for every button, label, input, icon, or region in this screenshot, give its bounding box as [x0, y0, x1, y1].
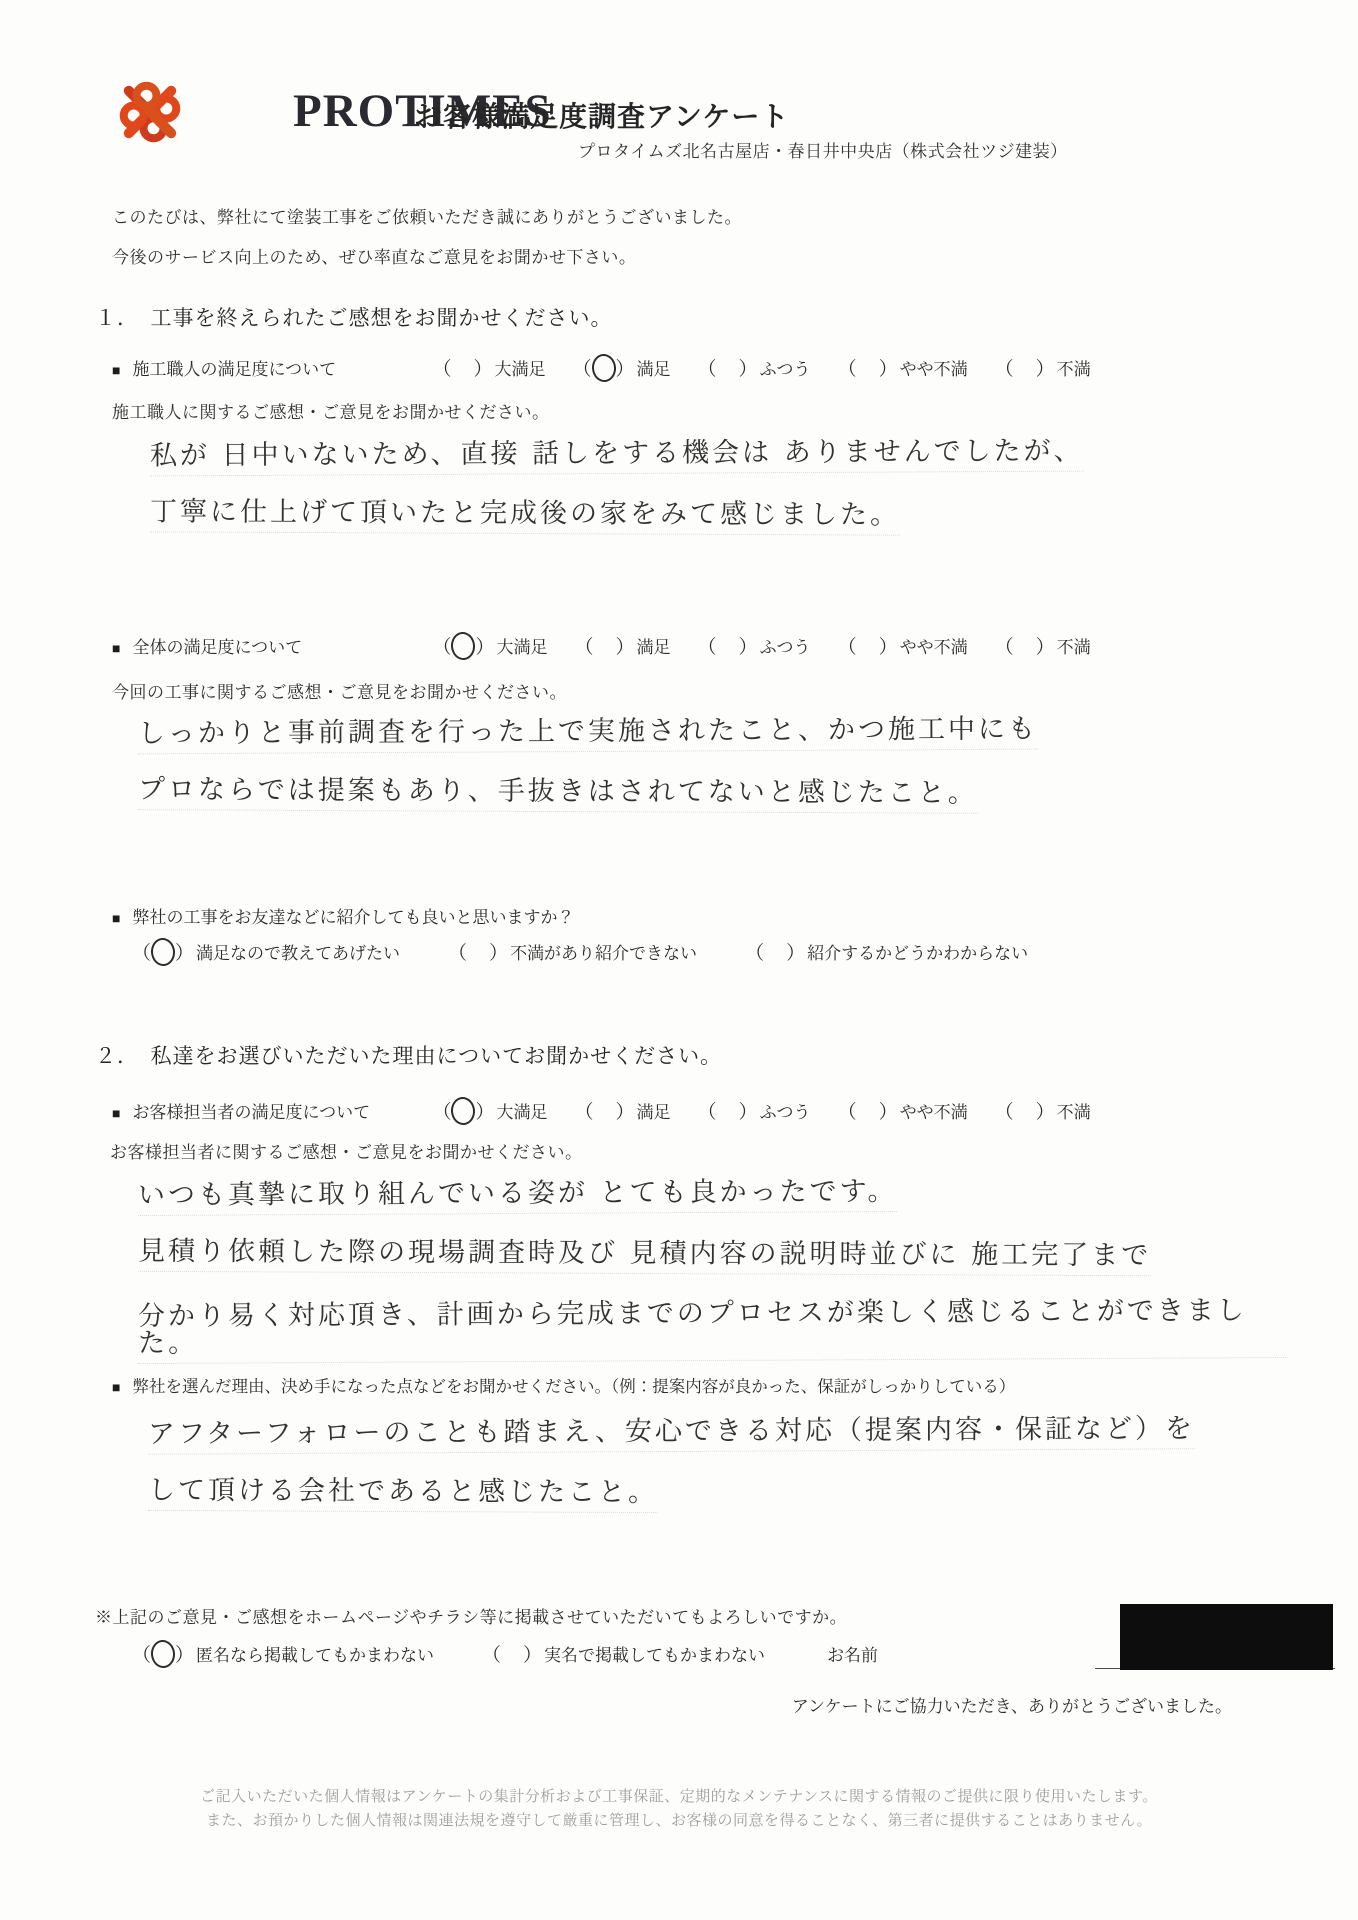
option-label: 満足	[637, 1103, 671, 1122]
close-paren: ）	[786, 943, 805, 964]
survey-option: （）大満足	[432, 354, 545, 382]
empty-answer-space	[764, 941, 786, 959]
close-paren: ）	[489, 943, 508, 964]
q1-rating-row: ■ 施工職人の満足度について （）大満足（）満足（）ふつう（）やや不満（）不満	[112, 354, 1091, 382]
close-paren: ）	[473, 359, 492, 380]
option-label: 大満足	[495, 360, 546, 379]
page-title: お客様満足度調査アンケート	[414, 95, 789, 135]
intro-line-2: 今後のサービス向上のため、ぜひ率直なご意見をお聞かせ下さい。	[112, 243, 636, 268]
close-paren: ）	[616, 359, 635, 380]
handwritten-answer-line: 私が 日中いないため、直接 話しをする機会は ありませんでしたが、	[150, 438, 1084, 477]
open-paren: （	[995, 637, 1014, 658]
open-paren: （	[573, 359, 592, 380]
close-paren: ）	[739, 1102, 758, 1123]
option-label: 不満	[1057, 638, 1091, 657]
option-label: 実名で掲載してもかまわない	[544, 1646, 765, 1665]
store-subtitle: プロタイムズ北名古屋店・春日井中央店（株式会社ツジ建装）	[578, 137, 1068, 162]
option-label: 不満	[1057, 1103, 1091, 1122]
section-1-heading: １． 工事を終えられたご感想をお聞かせください。	[95, 302, 613, 332]
survey-option: （）やや不満	[838, 632, 968, 660]
open-paren: （	[482, 1645, 501, 1666]
empty-answer-space	[857, 357, 879, 375]
q2-options: （）大満足（）満足（）ふつう（）やや不満（）不満	[432, 632, 1090, 660]
q4-options: （）大満足（）満足（）ふつう（）やや不満（）不満	[432, 1097, 1090, 1125]
close-paren: ）	[1036, 637, 1055, 658]
q4-prompt: お客様担当者に関するご感想・ご意見をお聞かせください。	[110, 1138, 583, 1163]
empty-answer-space	[467, 941, 489, 959]
survey-option: （）ふつう	[698, 1097, 811, 1125]
survey-option: （）満足	[575, 632, 671, 660]
open-paren: （	[995, 359, 1014, 380]
open-paren: （	[132, 943, 151, 964]
square-bullet-icon: ■	[112, 910, 120, 926]
close-paren: ）	[523, 1645, 542, 1666]
empty-answer-space	[594, 635, 616, 653]
q5-label: 弊社を選んだ理由、決め手になった点などをお聞かせください。（例：提案内容が良かっ…	[132, 1373, 1015, 1397]
survey-option: （）匿名なら掲載してもかまわない	[132, 1640, 434, 1668]
square-bullet-icon: ■	[112, 640, 120, 656]
option-label: 匿名なら掲載してもかまわない	[196, 1646, 434, 1665]
option-label: ふつう	[760, 638, 811, 657]
q2-handwritten-answer: しっかりと事前調査を行った上で実施されたこと、かつ施工中にもプロならでは提案もあ…	[138, 718, 1038, 838]
close-paren: ）	[175, 1645, 194, 1666]
empty-answer-space	[451, 357, 473, 375]
handwritten-answer-line: 丁寧に仕上げて頂いたと完成後の家をみて感じました。	[150, 498, 900, 535]
option-label: 紹介するかどうかわからない	[807, 944, 1028, 963]
option-label: 大満足	[497, 1103, 548, 1122]
empty-answer-space	[594, 1100, 616, 1118]
square-bullet-icon: ■	[112, 362, 120, 378]
open-paren: （	[838, 359, 857, 380]
q1-label: 施工職人の満足度について	[132, 355, 432, 380]
empty-answer-space	[1014, 635, 1036, 653]
open-paren: （	[698, 637, 717, 658]
close-paren: ）	[475, 637, 494, 658]
survey-option: （）ふつう	[698, 354, 811, 382]
survey-option: （）満足なので教えてあげたい	[132, 938, 400, 966]
brand-logo	[96, 62, 204, 167]
empty-answer-space	[857, 1100, 879, 1118]
open-paren: （	[698, 359, 717, 380]
option-label: 不満	[1057, 360, 1091, 379]
square-bullet-icon: ■	[112, 1105, 120, 1121]
survey-option: （）やや不満	[838, 354, 968, 382]
q3-label: 弊社の工事をお友達などに紹介しても良いと思いますか？	[132, 903, 574, 928]
handwritten-answer-line: して頂ける会社であると感じたこと。	[148, 1477, 658, 1513]
survey-option: （）大満足	[432, 632, 547, 660]
handwritten-answer-line: 分かり易く対応頂き、計画から完成までのプロセスが楽しく感じることができました。	[138, 1297, 1288, 1364]
scanned-survey-document: PROTIMES お客様満足度調査アンケート プロタイムズ北名古屋店・春日井中央…	[0, 0, 1358, 1920]
square-bullet-icon: ■	[112, 1379, 120, 1395]
survey-option: （）紹介するかどうかわからない	[745, 938, 1028, 966]
privacy-note-line-1: ご記入いただいた個人情報はアンケートの集計分析および工事保証、定期的なメンテナン…	[0, 1785, 1358, 1806]
close-paren: ）	[175, 943, 194, 964]
option-label: 大満足	[497, 638, 548, 657]
q3-options-row: （）満足なので教えてあげたい（）不満があり紹介できない（）紹介するかどうかわから…	[132, 938, 1028, 966]
option-label: ふつう	[760, 360, 811, 379]
close-paren: ）	[475, 1102, 494, 1123]
handwritten-circle-mark	[150, 937, 176, 967]
open-paren: （	[575, 637, 594, 658]
q1-prompt: 施工職人に関するご感想・ご意見をお聞かせください。	[112, 398, 550, 423]
open-paren: （	[448, 943, 467, 964]
publication-options-row: （）匿名なら掲載してもかまわない（）実名で掲載してもかまわない お名前	[132, 1640, 878, 1668]
empty-answer-space	[1014, 1100, 1036, 1118]
closing-thanks: アンケートにご協力いただき、ありがとうございました。	[792, 1692, 1232, 1717]
privacy-note-line-2: また、お預かりした個人情報は関連法規を遵守して厳重に管理し、お客様の同意を得るこ…	[0, 1809, 1358, 1830]
open-paren: （	[132, 1645, 151, 1666]
option-label: 不満があり紹介できない	[510, 944, 697, 963]
close-paren: ）	[616, 1102, 635, 1123]
close-paren: ）	[879, 1102, 898, 1123]
option-label: 満足なので教えてあげたい	[196, 944, 400, 963]
close-paren: ）	[739, 637, 758, 658]
handwritten-answer-line: 見積り依頼した際の現場調査時及び 見積内容の説明時並びに 施工完了まで	[138, 1238, 1151, 1276]
open-paren: （	[432, 1102, 451, 1123]
handwritten-circle-mark	[590, 353, 616, 383]
empty-answer-space	[1014, 357, 1036, 375]
empty-answer-space	[717, 1100, 739, 1118]
open-paren: （	[838, 637, 857, 658]
option-label: 満足	[637, 360, 671, 379]
q4-handwritten-answer: いつも真摯に取り組んでいる姿が とても良かったです。見積り依頼した際の現場調査時…	[138, 1180, 1288, 1387]
handwritten-circle-mark	[150, 1639, 176, 1669]
survey-option: （）ふつう	[698, 632, 811, 660]
survey-option: （）不満	[995, 632, 1091, 660]
q2-prompt: 今回の工事に関するご感想・ご意見をお聞かせください。	[112, 678, 567, 703]
empty-answer-space	[717, 357, 739, 375]
close-paren: ）	[879, 359, 898, 380]
open-paren: （	[432, 637, 451, 658]
survey-option: （）満足	[575, 1097, 671, 1125]
survey-option: （）満足	[573, 354, 671, 382]
publication-question: ※上記のご意見・ご感想をホームページやチラシ等に掲載させていただいてもよろしいで…	[95, 1603, 847, 1628]
q4-rating-row: ■ お客様担当者の満足度について （）大満足（）満足（）ふつう（）やや不満（）不…	[112, 1097, 1091, 1125]
open-paren: （	[575, 1102, 594, 1123]
handwritten-circle-mark	[450, 631, 476, 661]
empty-answer-space	[717, 635, 739, 653]
handwritten-answer-line: プロならでは提案もあり、手抜きはされてないと感じたこと。	[138, 776, 978, 814]
name-field-label: お名前	[827, 1641, 878, 1666]
survey-option: （）不満があり紹介できない	[448, 938, 697, 966]
option-label: やや不満	[900, 1103, 968, 1122]
close-paren: ）	[1036, 359, 1055, 380]
q5-handwritten-answer: アフターフォローのことも踏まえ、安心できる対応（提案内容・保証など）をして頂ける…	[148, 1418, 1195, 1538]
open-paren: （	[432, 359, 451, 380]
empty-answer-space	[501, 1643, 523, 1661]
close-paren: ）	[616, 637, 635, 658]
q1-handwritten-answer: 私が 日中いないため、直接 話しをする機会は ありませんでしたが、丁寧に仕上げて…	[150, 440, 1084, 560]
handwritten-answer-line: いつも真摯に取り組んでいる姿が とても良かったです。	[138, 1178, 898, 1216]
q3-question-row: ■ 弊社の工事をお友達などに紹介しても良いと思いますか？	[112, 903, 574, 928]
survey-option: （）実名で掲載してもかまわない	[482, 1640, 765, 1668]
protimes-pinwheel-icon	[96, 62, 204, 162]
close-paren: ）	[739, 359, 758, 380]
q2-label: 全体の満足度について	[132, 633, 432, 658]
open-paren: （	[698, 1102, 717, 1123]
q2-rating-row: ■ 全体の満足度について （）大満足（）満足（）ふつう（）やや不満（）不満	[112, 632, 1091, 660]
handwritten-circle-mark	[450, 1096, 476, 1126]
q1-options: （）大満足（）満足（）ふつう（）やや不満（）不満	[432, 354, 1090, 382]
redacted-name-box	[1120, 1604, 1333, 1670]
survey-option: （）不満	[995, 1097, 1091, 1125]
open-paren: （	[995, 1102, 1014, 1123]
survey-option: （）不満	[995, 354, 1091, 382]
option-label: やや不満	[900, 638, 968, 657]
survey-option: （）大満足	[432, 1097, 547, 1125]
close-paren: ）	[1036, 1102, 1055, 1123]
option-label: ふつう	[760, 1103, 811, 1122]
open-paren: （	[838, 1102, 857, 1123]
open-paren: （	[745, 943, 764, 964]
intro-line-1: このたびは、弊社にて塗装工事をご依頼いただき誠にありがとうございました。	[112, 203, 742, 228]
close-paren: ）	[879, 637, 898, 658]
q4-label: お客様担当者の満足度について	[132, 1098, 432, 1123]
publication-options: （）匿名なら掲載してもかまわない（）実名で掲載してもかまわない	[132, 1640, 765, 1668]
handwritten-answer-line: しっかりと事前調査を行った上で実施されたこと、かつ施工中にも	[138, 716, 1038, 755]
option-label: やや不満	[900, 360, 968, 379]
q3-options: （）満足なので教えてあげたい（）不満があり紹介できない（）紹介するかどうかわから…	[132, 938, 1028, 966]
survey-option: （）やや不満	[838, 1097, 968, 1125]
option-label: 満足	[637, 638, 671, 657]
q5-question-row: ■ 弊社を選んだ理由、決め手になった点などをお聞かせください。（例：提案内容が良…	[112, 1373, 1015, 1397]
handwritten-answer-line: アフターフォローのことも踏まえ、安心できる対応（提案内容・保証など）を	[148, 1415, 1195, 1454]
empty-answer-space	[857, 635, 879, 653]
section-2-heading: ２． 私達をお選びいただいた理由についてお聞かせください。	[95, 1040, 722, 1070]
